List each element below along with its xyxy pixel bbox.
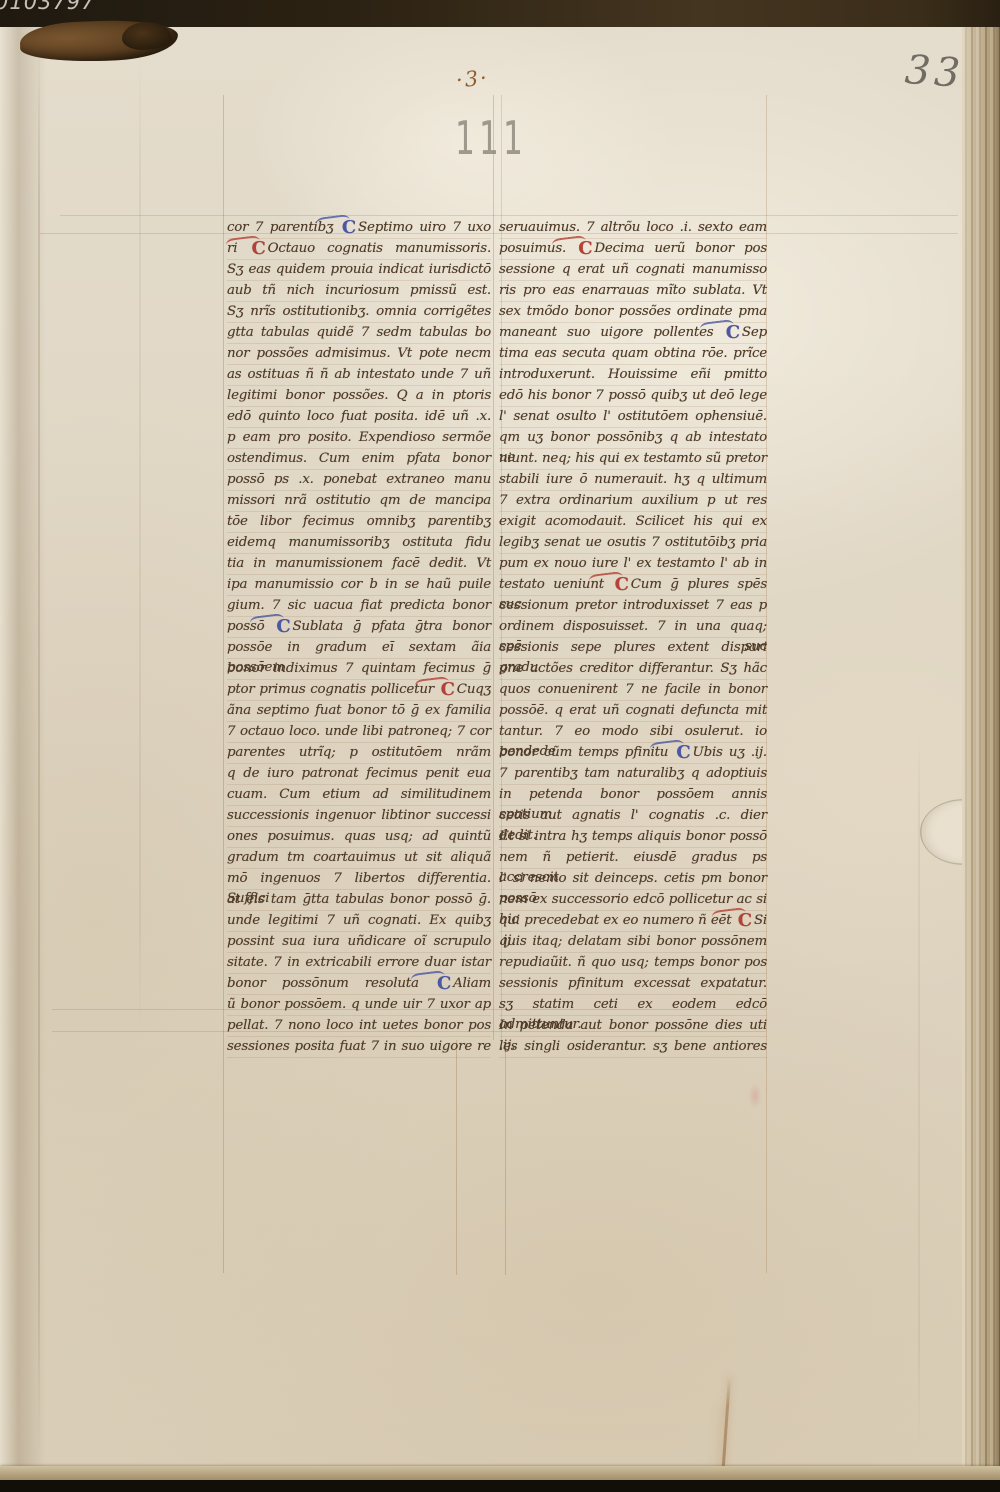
quire-signature-mark: ·3· <box>455 66 490 93</box>
text-line: possōe in gradum eī sextam ãia possōem <box>227 638 491 659</box>
text-line: introduxerunt. Houissime eñi pmitto <box>499 365 767 386</box>
parchment-crease <box>139 57 141 1037</box>
text-line: 7 octauo loco. unde libi patroneq; 7 cor <box>227 722 491 743</box>
text-line: bonor cũm temps pfinitu CUbis uʒ .ij. <box>499 743 767 764</box>
text-line: tima eas secuta quam obtina rōe. prĩce <box>499 344 767 365</box>
text-line: ris pro eas enarrauas mĩto sublata. Vt <box>499 281 767 302</box>
text-line: legitimi bonor possões. Q a in ptoris <box>227 386 491 407</box>
paragraph-mark-red: C <box>736 914 754 928</box>
text-line: nem ñ petierit. eiusdē gradus ps accresc… <box>499 848 767 869</box>
text-line: gium. 7 sic uacua fiat predicta bonor <box>227 596 491 617</box>
paragraph-mark-blue: C <box>674 746 692 760</box>
text-line: possint sua iura uñdicare oĩ scrupulo <box>227 932 491 953</box>
text-line: legibʒ senat ue osutis 7 ostitutōibʒ pri… <box>499 533 767 554</box>
parchment-page: ·3· 111 33 cor 7 parentibʒ CSeptimo uiro… <box>0 27 963 1466</box>
text-line: sessione q erat uñ cognati manumisso <box>499 260 767 281</box>
text-line: as ostituas ñ ñ ab intestato unde 7 uñ <box>227 365 491 386</box>
text-line: in petenda bonor possōem annis spatium. <box>499 785 767 806</box>
parchment-bookmark-tab <box>920 799 963 865</box>
text-line: 7 extra ordinarium auxilium p ut res <box>499 491 767 512</box>
text-line: gradum tm coartauimus ut sit aliquã <box>227 848 491 869</box>
text-line: pne actões creditor differantur. Sʒ hãc <box>499 659 767 680</box>
text-line: q de iuro patronat fecimus penit eua <box>227 764 491 785</box>
parchment-crease <box>38 37 40 1457</box>
text-line: gtta tabulas quidẽ 7 sedm tabulas bo <box>227 323 491 344</box>
text-line: In petenda aut bonor possōne dies uti .i… <box>499 1016 767 1037</box>
text-line: pellat. 7 nono loco int uetes bonor pos <box>227 1016 491 1037</box>
ruling-line-horizontal <box>60 215 958 216</box>
text-line: qui precedebat ex eo numero ñ eēt CSi .i… <box>499 911 767 932</box>
text-line: sʒ statim ceti ex eodem edcō admittuntur… <box>499 995 767 1016</box>
text-line: ri COctauo cognatis manumissoris. <box>227 239 491 260</box>
text-line: ipa manumissio cor b in se haũ puile <box>227 575 491 596</box>
text-line: tantur. 7 eo modo sibi osulerut. io pend… <box>499 722 767 743</box>
ruling-line-vertical <box>456 1040 457 1275</box>
text-line: nor possões admisimus. Vt pote necm <box>227 344 491 365</box>
paragraph-mark-red: C <box>439 683 457 697</box>
text-line: ũ bonor possōem. q unde uir 7 uxor ap <box>227 995 491 1016</box>
text-line: nem ex successorio edcō pollicetur ac si… <box>499 890 767 911</box>
text-line: bonor indiximus 7 quintam fecimus ḡ <box>227 659 491 680</box>
ruling-line-vertical <box>223 95 224 1273</box>
text-line: seruauimus. 7 altrõu loco .i. sexto eam <box>499 218 767 239</box>
text-line: bonor possōnum resoluta CAliam <box>227 974 491 995</box>
text-line: successionis ingenuor libtinor successi <box>227 806 491 827</box>
paragraph-mark-red: C <box>613 578 631 592</box>
folio-number: 33 <box>903 47 963 97</box>
text-line: unde legitimi 7 uñ cognati. Ex quibʒ <box>227 911 491 932</box>
text-line: l' si nemo sit deinceps. cetis pm bonor … <box>499 869 767 890</box>
text-line: ones posuimus. quas usq; ad quintũ <box>227 827 491 848</box>
ruling-line-vertical <box>493 95 494 1040</box>
text-line: cessionis sepe plures extent dispari gra… <box>499 638 767 659</box>
text-line: parentes utrĩq; p ostitutōem nrãm <box>227 743 491 764</box>
page-stack-edge-right <box>962 27 1000 1466</box>
paragraph-mark-blue: C <box>274 620 292 634</box>
text-line: Sʒ eas quidem prouia indicat iurisdictō <box>227 260 491 281</box>
text-column-left: cor 7 parentibʒ CSeptimo uiro 7 uxori CO… <box>227 218 491 1061</box>
text-line: p eam pro posito. Expendioso sermõe <box>227 428 491 449</box>
binding-leather-nub <box>122 22 172 50</box>
text-line: ãna septimo fuat bonor tō ḡ ex familia <box>227 701 491 722</box>
pencil-numbering-mark: 111 <box>455 111 527 165</box>
text-line: edō his bonor 7 possō quibʒ ut deō lege <box>499 386 767 407</box>
text-line: maneant suo uigore pollentes CSep <box>499 323 767 344</box>
paragraph-mark-red: C <box>250 242 268 256</box>
text-line: quis itaq; delatam sibi bonor possōnem <box>499 932 767 953</box>
paragraph-mark-blue: C <box>340 221 358 235</box>
text-line: cor 7 parentibʒ CSeptimo uiro 7 uxo <box>227 218 491 239</box>
text-line: ostendimus. Cum enim pfata bonor <box>227 449 491 470</box>
text-line: l' senat osulto l' ostitutōem ophensiuē. <box>499 407 767 428</box>
paragraph-mark-blue: C <box>724 326 742 340</box>
text-line: les singli osiderantur. sʒ bene antiores <box>499 1037 767 1058</box>
text-line: Et si intra hʒ temps aliquis bonor possō <box>499 827 767 848</box>
text-line: possō ps .x. ponebat extraneo manu <box>227 470 491 491</box>
text-line: testato ueniunt CCum ḡ plures spēs suc <box>499 575 767 596</box>
text-line: exigit acomodauit. Scilicet his qui ex <box>499 512 767 533</box>
text-line: sessiones posita fuat 7 in suo uigore re <box>227 1037 491 1058</box>
text-line: missori nrã ostitutio qm de mancipa <box>227 491 491 512</box>
ruling-line-vertical <box>505 1040 506 1275</box>
text-line: cuam. Cum etium ad similitudinem <box>227 785 491 806</box>
text-line: repudiaũit. ñ quo usq; temps bonor pos <box>499 953 767 974</box>
text-line: stabili iure ō numerauit. hʒ q ultimum <box>499 470 767 491</box>
page-stack-edge-bottom <box>0 1466 1000 1480</box>
text-line: eidemq manumissoribʒ ostituta fidu <box>227 533 491 554</box>
manuscript-scan-photo: ·3· 111 33 cor 7 parentibʒ CSeptimo uiro… <box>0 0 1000 1492</box>
paragraph-mark-red: C <box>576 242 594 256</box>
text-line: possō CSublata ḡ pfata ḡtra bonor <box>227 617 491 638</box>
repaired-tear <box>720 1377 731 1466</box>
text-line: cetis aut agnatis l' cognatis .c. dier d… <box>499 806 767 827</box>
text-line: pum ex nouo iure l' ex testamto l' ab in <box>499 554 767 575</box>
text-line: posuimus. CDecima uerũ bonor pos <box>499 239 767 260</box>
text-line: Sʒ nrĩs ostitutionibʒ. omnia corrigẽtes <box>227 302 491 323</box>
text-line: edō quinto loco fuat posita. idē uñ .x. <box>227 407 491 428</box>
text-line: cessionum pretor introduxisset 7 eas p <box>499 596 767 617</box>
ink-stain <box>748 1083 762 1109</box>
text-line: ptor primus cognatis pollicetur CCuqʒ <box>227 680 491 701</box>
text-line: at eis tam ḡtta tabulas bonor possō ḡ. <box>227 890 491 911</box>
scan-bottom-edge <box>0 1480 1000 1492</box>
paragraph-mark-blue: C <box>435 977 453 991</box>
text-column-right: seruauimus. 7 altrõu loco .i. sexto eamp… <box>499 218 767 1061</box>
text-line: aub tñ nich incuriosum pmissũ est. <box>227 281 491 302</box>
text-line: niunt. neq; his qui ex testamto sũ preto… <box>499 449 767 470</box>
text-line: tōe libor fecimus omnibʒ parentibʒ <box>227 512 491 533</box>
text-line: 7 parentibʒ tam naturalibʒ q adoptiuis <box>499 764 767 785</box>
text-line: ordinem disposuisset. 7 in una quaq; spē… <box>499 617 767 638</box>
shelfmark-digits: 0103797 <box>0 0 96 14</box>
text-line: qm uʒ bonor possōnibʒ q ab intestato ue <box>499 428 767 449</box>
text-line: quos conuenirent 7 ne facile in bonor <box>499 680 767 701</box>
text-line: tia in manumissionem facē dedit. Vt <box>227 554 491 575</box>
text-line: sessionis pfinitum excessat expatatur. <box>499 974 767 995</box>
text-line: sitate. 7 in extricabili errore duar ist… <box>227 953 491 974</box>
text-line: possōē. q erat uñ cognati defuncta mit <box>499 701 767 722</box>
text-line: mō ingenuos 7 libertos differentia. Suff… <box>227 869 491 890</box>
